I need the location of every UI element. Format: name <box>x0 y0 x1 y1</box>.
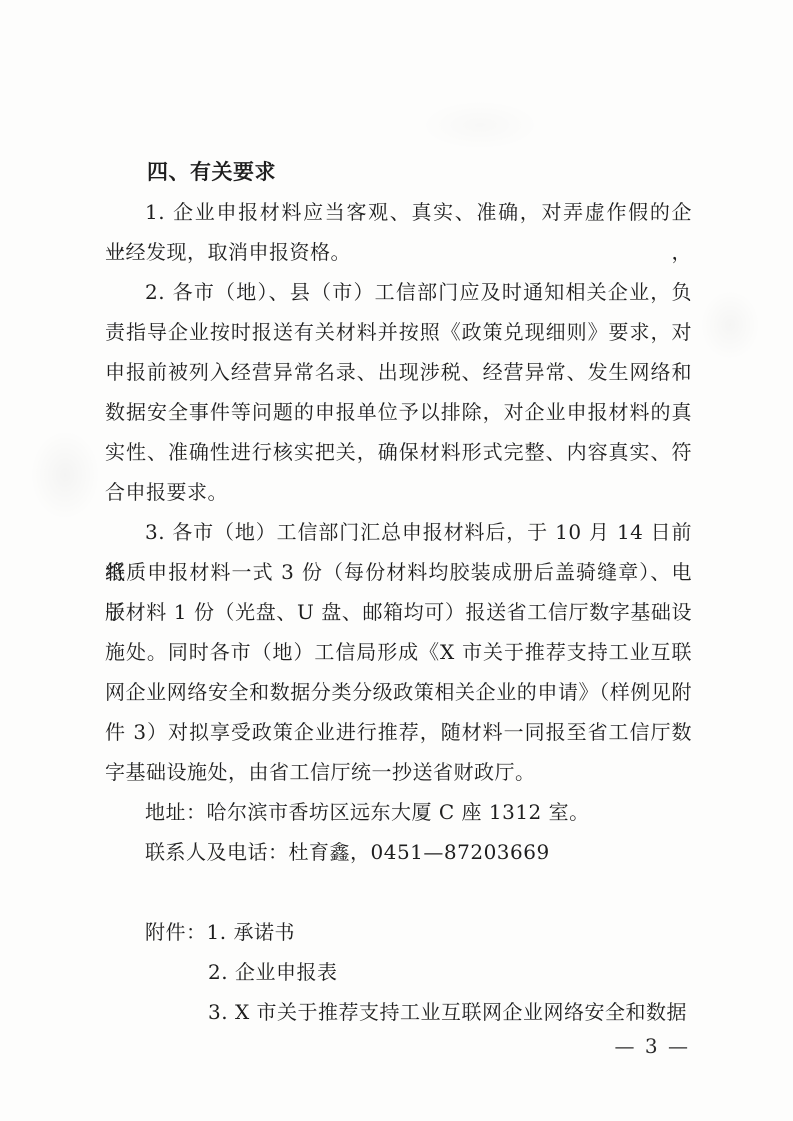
body-line: 2. 各市（地）、县（市）工信部门应及时通知相关企业，负 <box>105 272 692 312</box>
section-heading: 四、有关要求 <box>105 152 692 192</box>
body-line: 合申报要求。 <box>105 472 692 512</box>
body-line: 字基础设施处，由省工信厅统一抄送省财政厅。 <box>105 752 692 792</box>
body-line: 数据安全事件等问题的申报单位予以排除，对企业申报材料的真 <box>105 392 692 432</box>
attachments-line: 附件：1. 承诺书 <box>105 912 692 952</box>
body-line: 纸质申报材料一式 3 份（每份材料均胶装成册后盖骑缝章）、电子 <box>105 552 692 592</box>
attachment-item: 3. X 市关于推荐支持工业互联网企业网络安全和数据 <box>105 992 692 1032</box>
body-line: 申报前被列入经营异常名录、出现涉税、经营异常、发生网络和 <box>105 352 692 392</box>
body-line: 责指导企业按时报送有关材料并按照《政策兑现细则》要求，对 <box>105 312 692 352</box>
scan-artifact <box>420 100 540 150</box>
body-line: 版材料 1 份（光盘、U 盘、邮箱均可）报送省工信厅数字基础设 <box>105 592 692 632</box>
attachment-item: 1. 承诺书 <box>207 920 295 944</box>
body-line: 3. 各市（地）工信部门汇总申报材料后，于 10 月 14 日前将 <box>105 512 692 552</box>
attachments-label: 附件： <box>145 920 207 944</box>
attachment-item: 2. 企业申报表 <box>105 952 692 992</box>
body-line: 施处。同时各市（地）工信局形成《X 市关于推荐支持工业互联 <box>105 632 692 672</box>
page-number: — 3 — <box>615 1034 690 1058</box>
body-line: 件 3）对拟享受政策企业进行推荐，随材料一同报至省工信厅数 <box>105 712 692 752</box>
document-body: 四、有关要求 1. 企业申报材料应当客观、真实、准确，对弄虚作假的企业， 一经发… <box>105 152 692 1032</box>
body-line: 1. 企业申报材料应当客观、真实、准确，对弄虚作假的企业， <box>105 192 692 232</box>
body-line: 实性、准确性进行核实把关，确保材料形式完整、内容真实、符 <box>105 432 692 472</box>
body-line: 网企业网络安全和数据分类分级政策相关企业的申请》（样例见附 <box>105 672 692 712</box>
address-line: 地址：哈尔滨市香坊区远东大厦 C 座 1312 室。 <box>105 792 692 832</box>
blank-line <box>105 872 692 912</box>
scan-artifact <box>30 430 100 520</box>
scan-artifact <box>700 290 760 360</box>
contact-line: 联系人及电话：杜育鑫，0451—87203669 <box>105 832 692 872</box>
document-page: 四、有关要求 1. 企业申报材料应当客观、真实、准确，对弄虚作假的企业， 一经发… <box>0 0 793 1121</box>
